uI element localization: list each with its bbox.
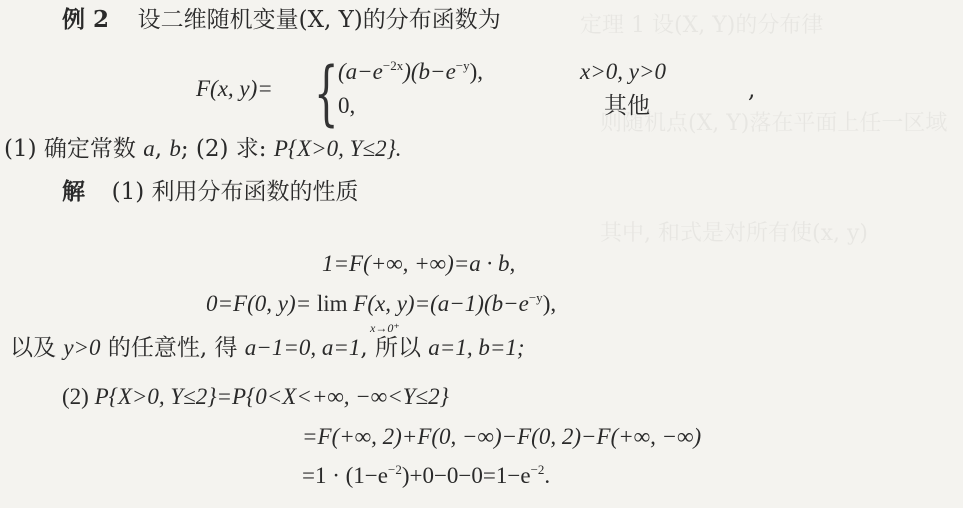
solution-step-2-line-1: (2) P{X>0, Y≤2}=P{0<X<+∞, −∞<Y≤2} [62, 383, 449, 411]
solution-step-1-heading: 解 (1) 利用分布函数的性质 [62, 178, 359, 206]
solution-step-2-line-2: =F(+∞, 2)+F(0, −∞)−F(0, 2)−F(+∞, −∞) [302, 423, 701, 451]
example-heading: 例 2 设二维随机变量(X, Y)的分布函数为 [62, 6, 501, 34]
definition-lhs: F(x, y)= [196, 75, 273, 103]
example-label: 例 2 [62, 6, 109, 33]
equation-2: 0=F(0, y)= lim F(x, y)=(a−1)(b−e−y), [206, 290, 556, 318]
case-2-expression: 0, [338, 92, 355, 120]
definition-case-1: (a−e−2x)(b−e−y), [338, 58, 483, 86]
definition-trailing-comma: , [748, 76, 755, 104]
bleed-through-text: 定理 1 设(X, Y)的分布律 [580, 8, 823, 39]
question-probability: P{X>0, Y≤2}. [274, 136, 402, 161]
solution-label: 解 [62, 178, 85, 205]
equation-1: 1=F(+∞, +∞)=a · b, [322, 250, 515, 278]
question-line: (1) 确定常数 a, b; (2) 求: P{X>0, Y≤2}. [4, 135, 402, 163]
bleed-through-text: 其中, 和式是对所有使(x, y) [600, 216, 868, 247]
case-1-condition: x>0, y>0 [580, 58, 666, 86]
example-statement: 设二维随机变量(X, Y)的分布函数为 [138, 7, 501, 33]
conclusion-line: 以及 y>0 的任意性, 得 a−1=0, a=1, 所以 a=1, b=1; [10, 334, 525, 362]
limit-subscript: x→0⁺ [370, 322, 400, 334]
textbook-page: 定理 1 设(X, Y)的分布律 则随机点(X, Y)落在平面上任一区域 其中,… [0, 0, 963, 508]
limit-operator: lim [317, 291, 348, 316]
case-1-expression: (a−e−2x)(b−e−y), [338, 59, 483, 84]
solution-result: a=1, b=1; [428, 335, 524, 360]
piecewise-brace: { [314, 58, 339, 128]
case-2-condition: 其他 [604, 92, 650, 120]
solution-step-2-line-3: =1 · (1−e−2)+0−0−0=1−e−2. [302, 462, 550, 490]
bleed-through-text: 则随机点(X, Y)落在平面上任一区域 [600, 106, 947, 137]
